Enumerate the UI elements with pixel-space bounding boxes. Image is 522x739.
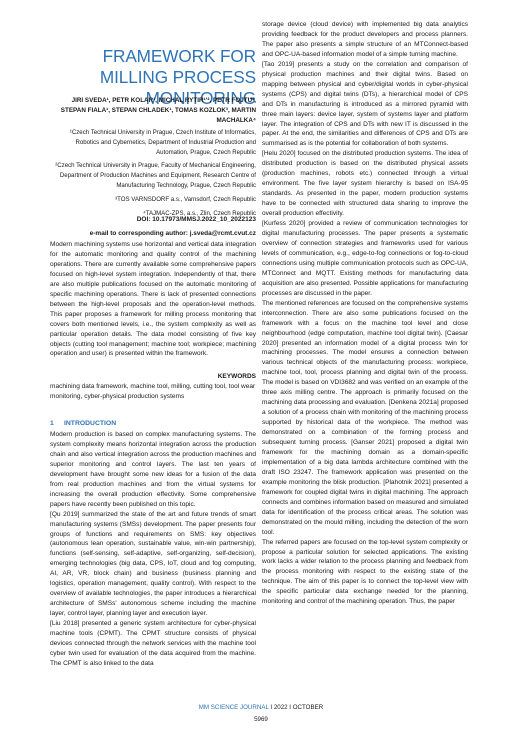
affiliation-1: ¹Czech Technical University in Prague, C… (50, 128, 256, 157)
right-column-body: storage device (cloud device) with imple… (262, 20, 468, 607)
journal-issue: I 2022 I OCTOBER (269, 704, 324, 711)
keywords-heading: KEYWORDS (50, 373, 256, 380)
doi: DOI: 10.17973/MMSJ.2022_10_2022123 (50, 216, 256, 223)
left-column-body: Modern production is based on complex ma… (50, 430, 256, 669)
paragraph: Modern production is based on complex ma… (50, 430, 256, 510)
journal-name: MM SCIENCE JOURNAL (199, 704, 269, 711)
paragraph: The referred papers are focused on the t… (262, 538, 468, 608)
corresponding-email: e-mail to corresponding author: j.sveda@… (50, 230, 256, 237)
footer-journal-line: MM SCIENCE JOURNAL I 2022 I OCTOBER (0, 704, 522, 711)
paragraph: [Qu 2019] summarized the state of the ar… (50, 510, 256, 619)
paragraph: [Tao 2019] presents a study on the corre… (262, 60, 468, 150)
paragraph: The mentioned references are focused on … (262, 299, 468, 538)
affiliation-2: ²Czech Technical University in Prague, F… (50, 161, 256, 190)
paragraph: [Liu 2018] presented a generic system ar… (50, 619, 256, 669)
section-heading-introduction: 1INTRODUCTION (50, 420, 256, 427)
author-list: JIRI SVEDA¹, PETR KOLAR¹, MICHAL RYTIR¹ʼ… (50, 96, 256, 126)
page-number: 5969 (0, 716, 522, 723)
abstract: Modern machining systems use horizontal … (50, 240, 256, 359)
paragraph: [Kurfess 2020] provided a review of comm… (262, 219, 468, 299)
paragraph: storage device (cloud device) with imple… (262, 20, 468, 60)
section-title: INTRODUCTION (64, 420, 116, 427)
section-number: 1 (50, 420, 64, 427)
keywords: machining data framework, machine tool, … (50, 382, 256, 402)
affiliations: ¹Czech Technical University in Prague, C… (50, 128, 256, 222)
affiliation-3: ³TOS VARNSDORF a.s., Varnsdorf, Czech Re… (50, 195, 256, 205)
paragraph: [Helu 2020] focused on the distributed p… (262, 149, 468, 219)
